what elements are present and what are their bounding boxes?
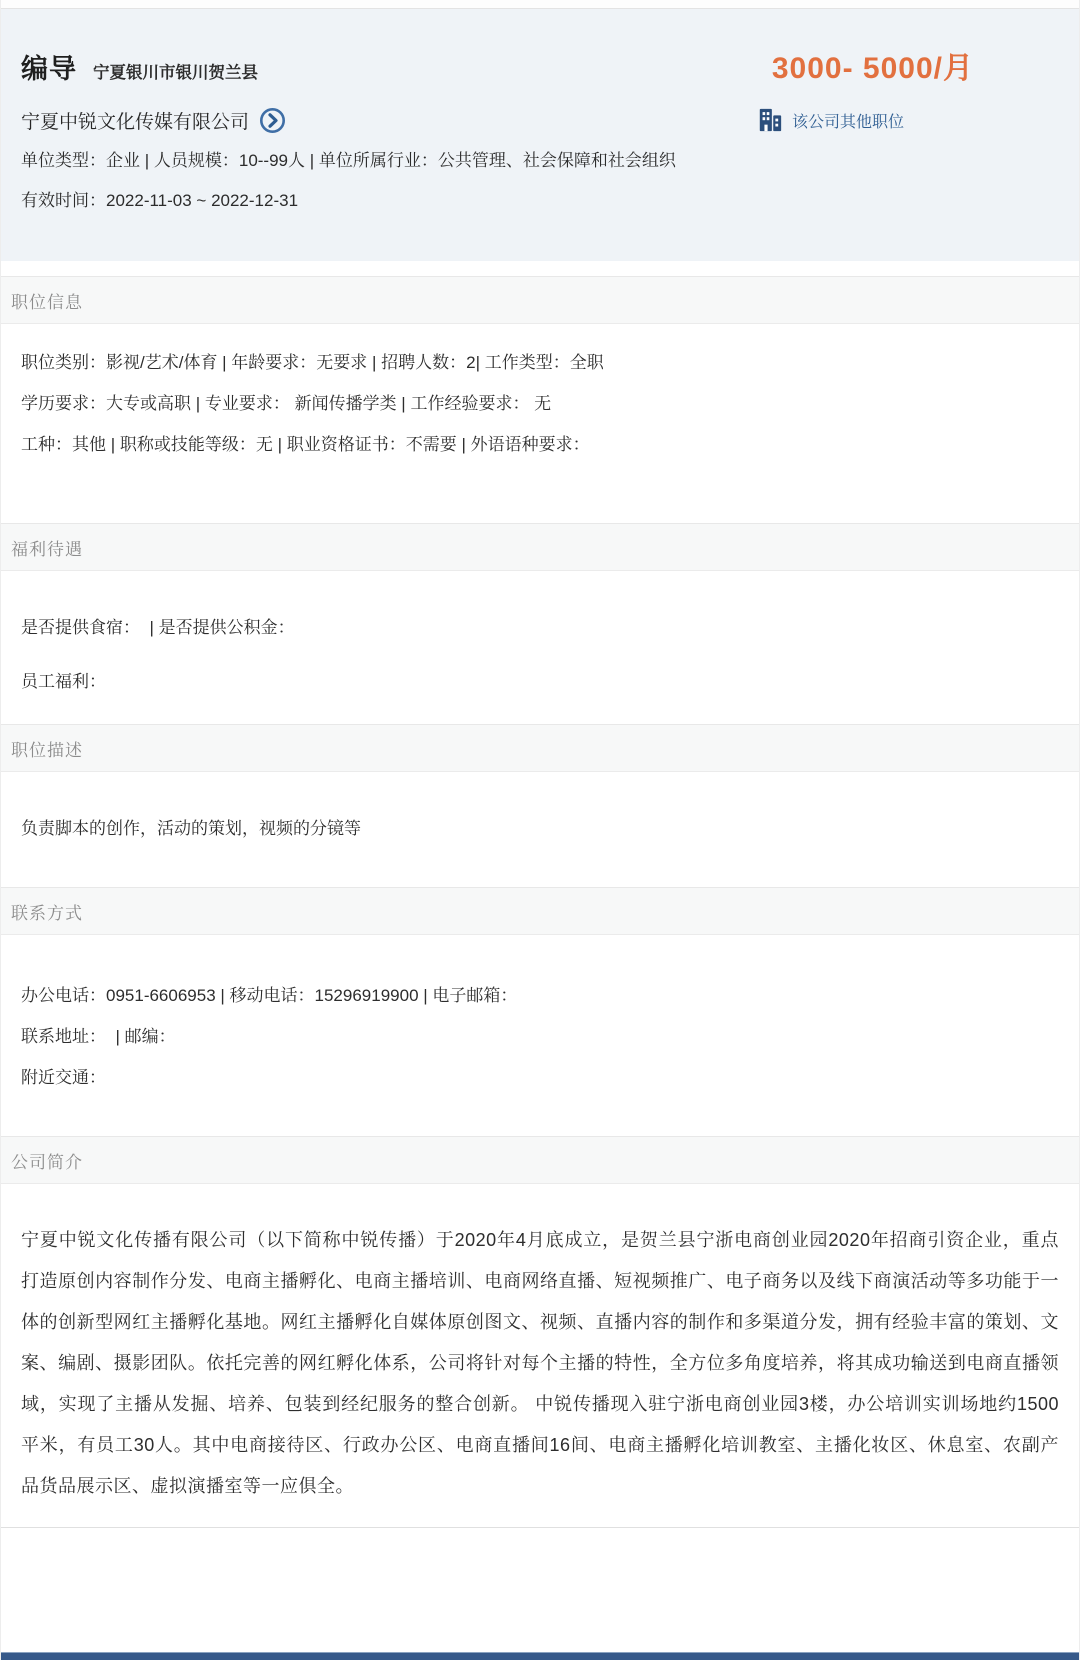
info-row-job-category: 职位类别：影视/艺术/体育 | 年龄要求：无要求 | 招聘人数：2| 工作类型：… — [21, 342, 1059, 383]
job-description-text: 负责脚本的创作，活动的策划，视频的分镜等 — [21, 808, 1059, 849]
salary-range: 3000- 5000/月 — [772, 43, 974, 87]
section-title: 职位描述 — [11, 736, 83, 761]
section-contact: 联系方式 办公电话：0951-6606953 | 移动电话：1529691990… — [1, 887, 1079, 1136]
company-row: 宁夏中锐文化传媒有限公司 — [21, 99, 1059, 141]
section-title: 职位信息 — [11, 288, 83, 313]
info-row-address: 联系地址： | 邮编： — [21, 1016, 1059, 1057]
section-content-job-description: 负责脚本的创作，活动的策划，视频的分镜等 — [1, 772, 1079, 887]
section-title: 公司简介 — [11, 1148, 83, 1173]
company-meta-line: 单位类型：企业 | 人员规模：10--99人 | 单位所属行业：公共管理、社会保… — [21, 141, 1059, 181]
section-header-benefits: 福利待遇 — [1, 523, 1079, 571]
info-row-education: 学历要求：大专或高职 | 专业要求： 新闻传播学类 | 工作经验要求： 无 — [21, 383, 1059, 424]
section-company-intro: 公司简介 宁夏中锐文化传播有限公司（以下简称中锐传播）于2020年4月底成立，是… — [1, 1136, 1079, 1528]
top-strip — [1, 0, 1079, 9]
job-posting-page: 编导 宁夏银川市银川贺兰县 3000- 5000/月 宁夏中锐文化传媒有限公司 — [0, 0, 1080, 1660]
section-header-company-intro: 公司简介 — [1, 1136, 1079, 1184]
chevron-right-circle-icon[interactable] — [259, 107, 286, 134]
header-gap — [1, 261, 1079, 276]
section-content-company-intro: 宁夏中锐文化传播有限公司（以下简称中锐传播）于2020年4月底成立，是贺兰县宁浙… — [1, 1184, 1079, 1528]
company-intro-text: 宁夏中锐文化传播有限公司（以下简称中锐传播）于2020年4月底成立，是贺兰县宁浙… — [21, 1220, 1059, 1507]
building-icon — [757, 107, 783, 133]
company-name-link[interactable]: 宁夏中锐文化传媒有限公司 — [21, 107, 249, 134]
section-title: 福利待遇 — [11, 535, 83, 560]
section-benefits: 福利待遇 是否提供食宿： | 是否提供公积金： 员工福利： — [1, 523, 1079, 724]
bottom-bar — [1, 1652, 1079, 1660]
section-content-benefits: 是否提供食宿： | 是否提供公积金： 员工福利： — [1, 571, 1079, 724]
section-content-job-info: 职位类别：影视/艺术/体育 | 年龄要求：无要求 | 招聘人数：2| 工作类型：… — [1, 324, 1079, 523]
validity-period-line: 有效时间：2022-11-03 ~ 2022-12-31 — [21, 181, 1059, 221]
job-title-row: 编导 宁夏银川市银川贺兰县 3000- 5000/月 — [21, 43, 1059, 85]
job-location: 宁夏银川市银川贺兰县 — [93, 59, 258, 83]
section-header-job-description: 职位描述 — [1, 724, 1079, 772]
page-filler — [1, 1528, 1079, 1652]
section-title: 联系方式 — [11, 899, 83, 924]
section-content-contact: 办公电话：0951-6606953 | 移动电话：15296919900 | 电… — [1, 935, 1079, 1136]
info-row-employee-welfare: 员工福利： — [21, 661, 1059, 702]
info-row-transport: 附近交通： — [21, 1057, 1059, 1098]
section-header-contact: 联系方式 — [1, 887, 1079, 935]
job-title: 编导 — [21, 47, 77, 86]
other-jobs-label: 该公司其他职位 — [792, 109, 904, 132]
info-row-phones: 办公电话：0951-6606953 | 移动电话：15296919900 | 电… — [21, 975, 1059, 1016]
section-header-job-info: 职位信息 — [1, 276, 1079, 324]
section-job-description: 职位描述 负责脚本的创作，活动的策划，视频的分镜等 — [1, 724, 1079, 887]
info-row-work-type: 工种：其他 | 职称或技能等级：无 | 职业资格证书：不需要 | 外语语种要求： — [21, 424, 1059, 465]
company-other-jobs-link[interactable]: 该公司其他职位 — [757, 107, 904, 133]
info-row-board-fund: 是否提供食宿： | 是否提供公积金： — [21, 607, 1059, 648]
job-header: 编导 宁夏银川市银川贺兰县 3000- 5000/月 宁夏中锐文化传媒有限公司 — [1, 9, 1079, 261]
section-job-info: 职位信息 职位类别：影视/艺术/体育 | 年龄要求：无要求 | 招聘人数：2| … — [1, 276, 1079, 523]
